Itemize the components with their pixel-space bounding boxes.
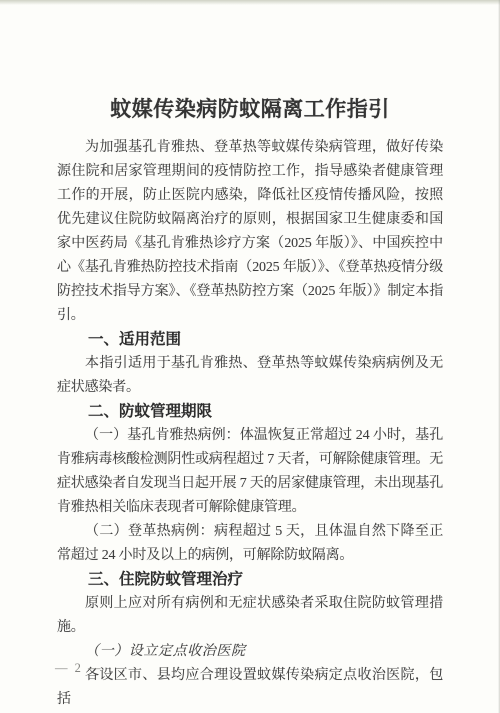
section-heading-hospital-management: 三、住院防蚊管理治疗 (57, 568, 443, 592)
scanned-document-page: 蚊媒传染病防蚊隔离工作指引 为加强基孔肯雅热、登革热等蚊媒传染病管理，做好传染源… (0, 0, 500, 713)
scan-artifact-top-edge (0, 0, 500, 5)
designated-hospitals-paragraph: 各设区市、县均应合理设置蚊媒传染病定点收治医院，包括 (57, 664, 443, 712)
subheading-designated-hospitals: （一）设立定点收治医院 (57, 640, 443, 664)
intro-paragraph: 为加强基孔肯雅热、登革热等蚊媒传染病管理，做好传染源住院和居家管理期间的疫情防控… (57, 136, 443, 328)
dengue-case-paragraph: （二）登革热病例：病程超过 5 天，且体温自然下降至正常超过 24 小时及以上的… (57, 520, 443, 568)
scope-paragraph: 本指引适用于基孔肯雅热、登革热等蚊媒传染病病例及无症状感染者。 (57, 352, 443, 400)
document-title: 蚊媒传染病防蚊隔离工作指引 (0, 0, 500, 122)
page-number: — 2 — (55, 661, 103, 676)
hospital-principle-paragraph: 原则上应对所有病例和无症状感染者采取住院防蚊管理措施。 (57, 592, 443, 640)
section-heading-management-period: 二、防蚊管理期限 (57, 400, 443, 424)
document-body: 为加强基孔肯雅热、登革热等蚊媒传染病管理，做好传染源住院和居家管理期间的疫情防控… (57, 136, 443, 712)
section-heading-scope: 一、适用范围 (57, 328, 443, 352)
chikungunya-case-paragraph: （一）基孔肯雅热病例：体温恢复正常超过 24 小时，基孔肯雅病毒核酸检测阴性或病… (57, 424, 443, 520)
